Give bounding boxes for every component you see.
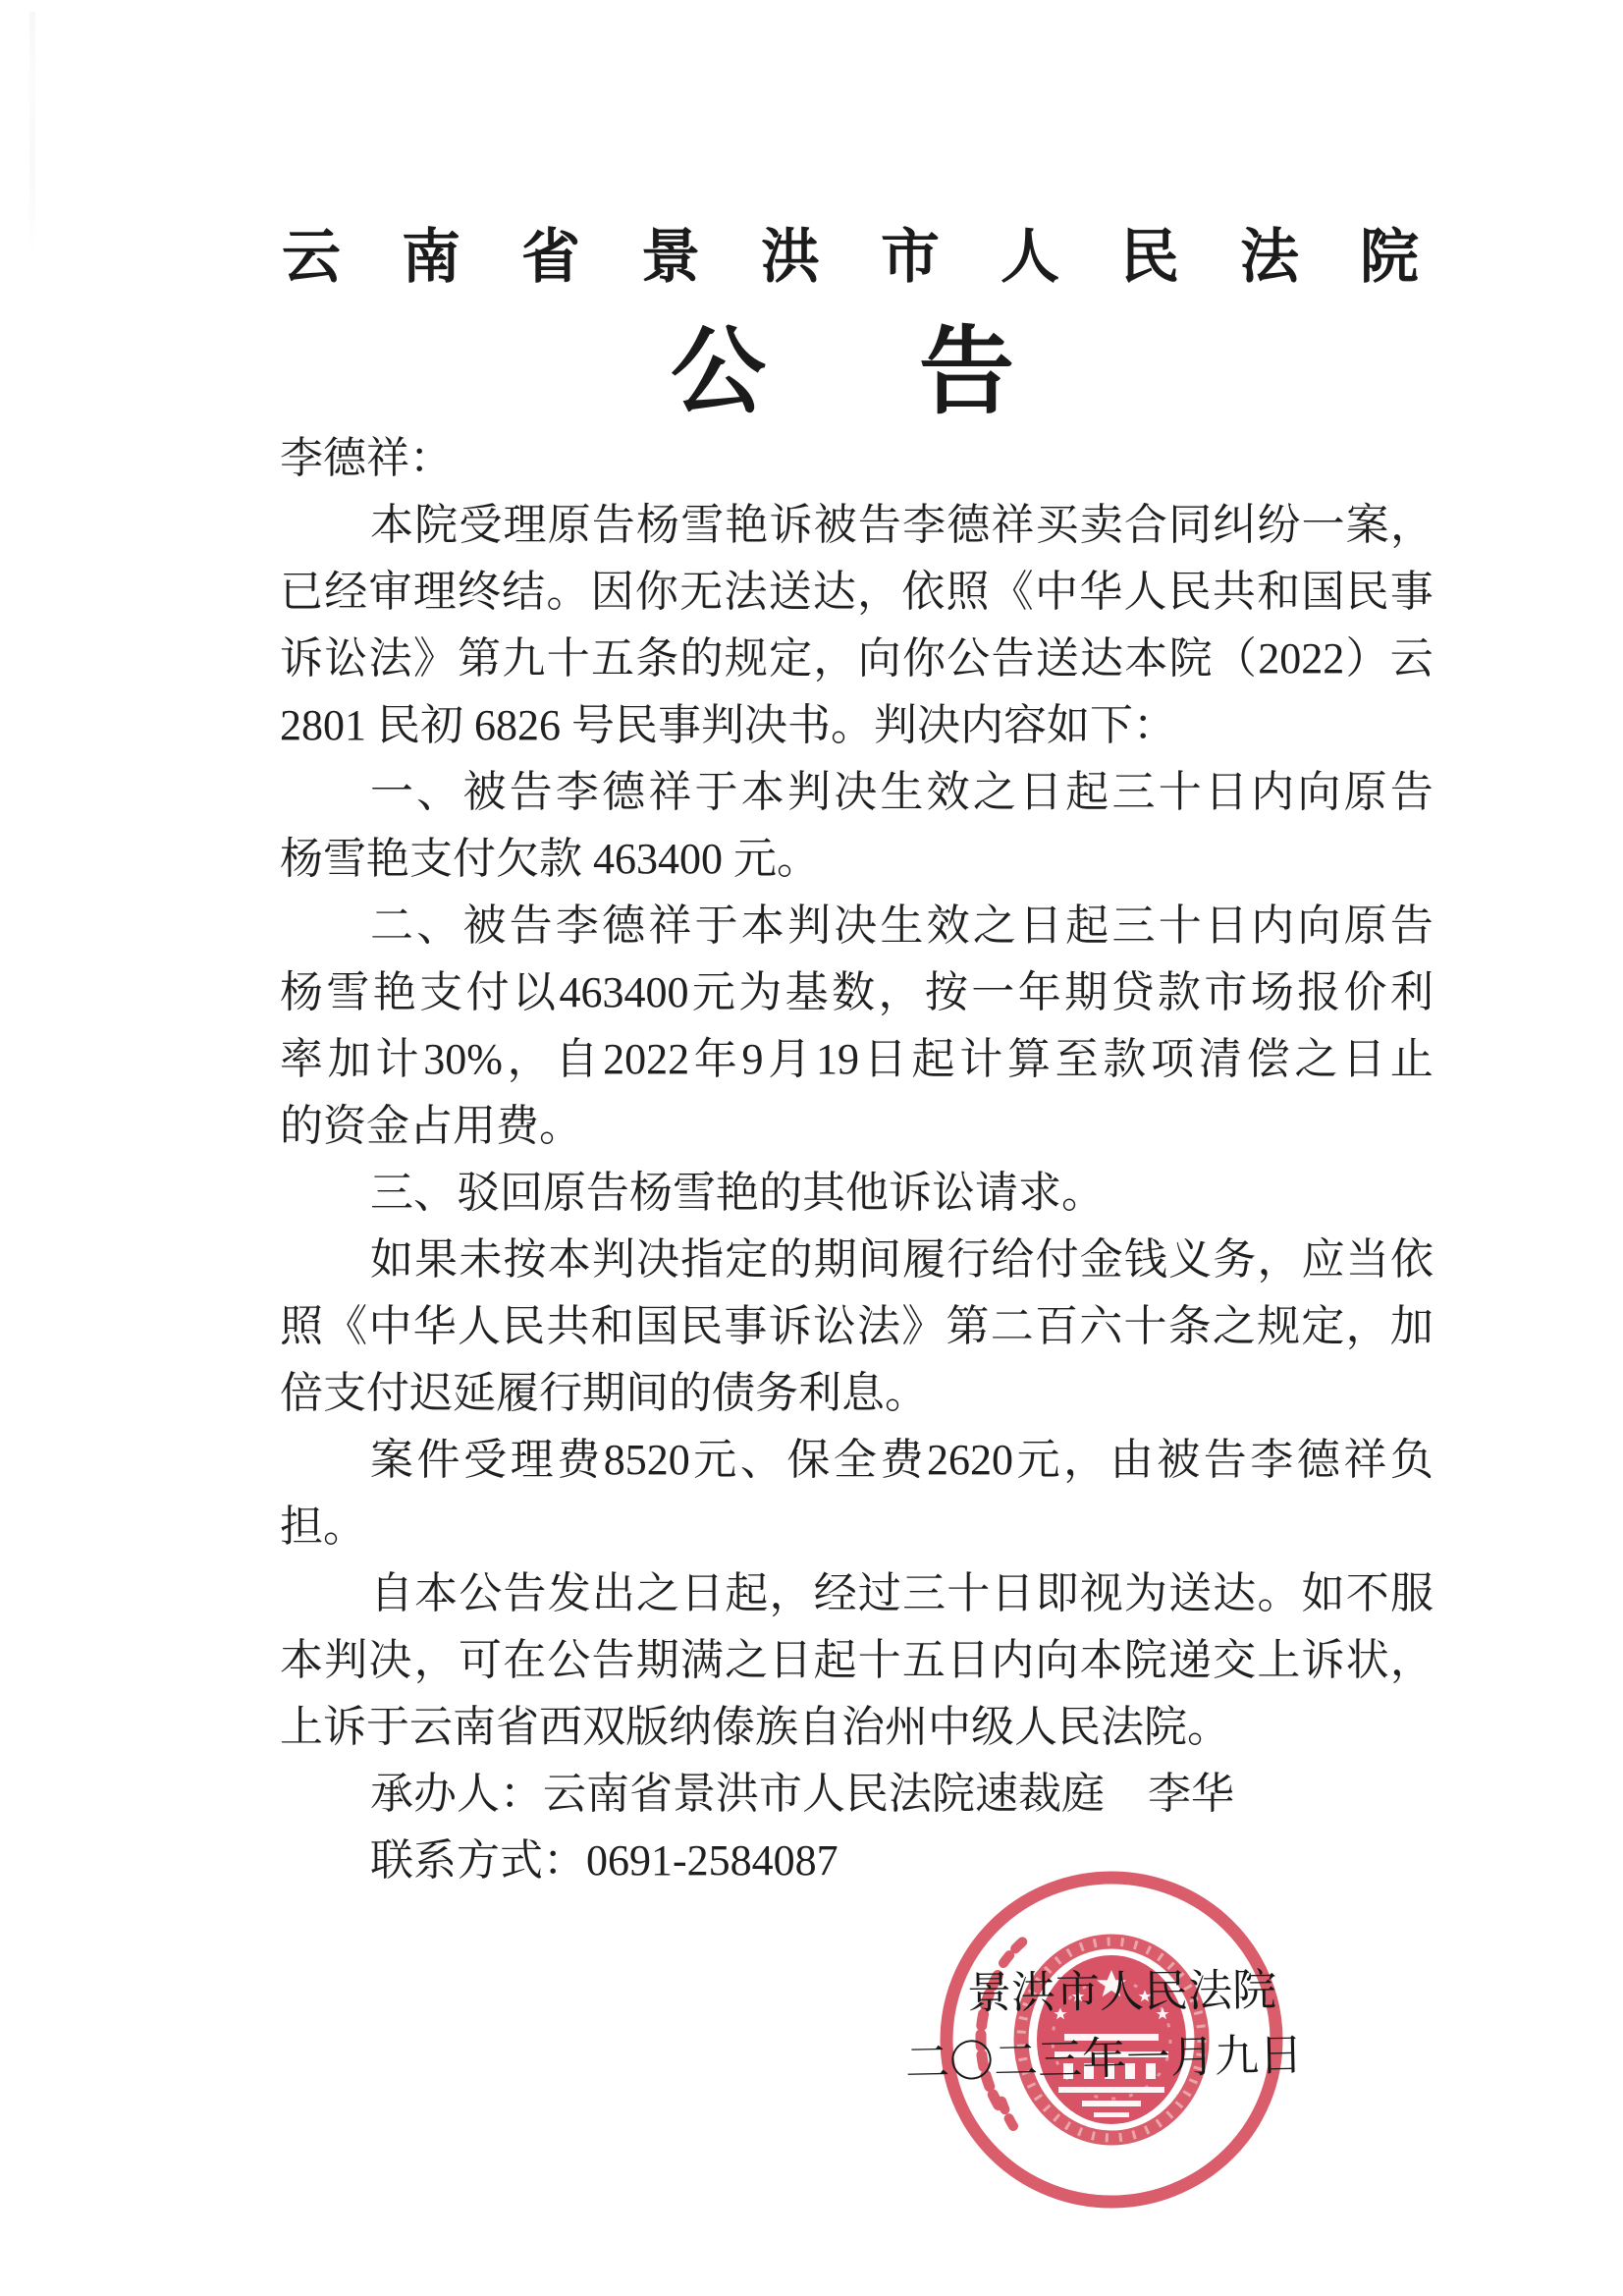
body-line: 李德祥： bbox=[280, 425, 1434, 492]
body-line: 承办人：云南省景洪市人民法院速裁庭 李华 bbox=[280, 1761, 1434, 1828]
body-line: 三、驳回原告杨雪艳的其他诉讼请求。 bbox=[280, 1160, 1434, 1227]
body-line: 一、被告李德祥于本判决生效之日起三十日内向原告 bbox=[280, 759, 1434, 826]
body-line: 的资金占用费。 bbox=[280, 1093, 1434, 1160]
document-page: 云南省景洪市人民法院 公告 李德祥：本院受理原告杨雪艳诉被告李德祥买卖合同纠纷一… bbox=[0, 0, 1623, 2296]
body-line: 如果未按本判决指定的期间履行给付金钱义务，应当依 bbox=[280, 1227, 1434, 1293]
body-line: 倍支付迟延履行期间的债务利息。 bbox=[280, 1360, 1434, 1427]
notice-body: 李德祥：本院受理原告杨雪艳诉被告李德祥买卖合同纠纷一案，已经审理终结。因你无法送… bbox=[280, 425, 1434, 1894]
seal-overlay-court-name: 景洪市人民法院 bbox=[967, 1967, 1271, 2017]
seal-overlay-date: 二〇二三年一月九日 bbox=[904, 2032, 1292, 2087]
body-line: 案件受理费 8520 元、保全费 2620 元，由被告李德祥负 bbox=[280, 1427, 1434, 1494]
body-line: 照《中华人民共和国民事诉讼法》第二百六十条之规定，加 bbox=[280, 1293, 1434, 1360]
page-title-court-name: 云南省景洪市人民法院 bbox=[282, 210, 1480, 295]
body-line: 本院受理原告杨雪艳诉被告李德祥买卖合同纠纷一案， bbox=[280, 492, 1434, 559]
body-line: 2801 民初 6826 号民事判决书。判决内容如下： bbox=[280, 692, 1434, 759]
body-line: 担。 bbox=[280, 1494, 1434, 1560]
body-line: 诉讼法》第九十五条的规定，向你公告送达本院（2022）云 bbox=[280, 626, 1434, 692]
body-line: 杨雪艳支付以 463400 元为基数，按一年期贷款市场报价利 bbox=[280, 959, 1434, 1026]
body-line: 率加计 30%，自 2022 年 9 月 19 日起计算至款项清偿之日止 bbox=[280, 1026, 1434, 1093]
body-line: 二、被告李德祥于本判决生效之日起三十日内向原告 bbox=[280, 893, 1434, 959]
scan-artifact bbox=[29, 12, 35, 257]
body-line: 上诉于云南省西双版纳傣族自治州中级人民法院。 bbox=[280, 1694, 1434, 1761]
body-line: 自本公告发出之日起，经过三十日即视为送达。如不服 bbox=[280, 1560, 1434, 1627]
body-line: 已经审理终结。因你无法送达，依照《中华人民共和国民事 bbox=[280, 559, 1434, 626]
body-line: 杨雪艳支付欠款 463400 元。 bbox=[280, 826, 1434, 893]
notice-title: 公告 bbox=[671, 295, 1167, 432]
body-line: 本判决 ，可在公告期满之日起十五日内向本院递交上诉状， bbox=[280, 1627, 1434, 1694]
